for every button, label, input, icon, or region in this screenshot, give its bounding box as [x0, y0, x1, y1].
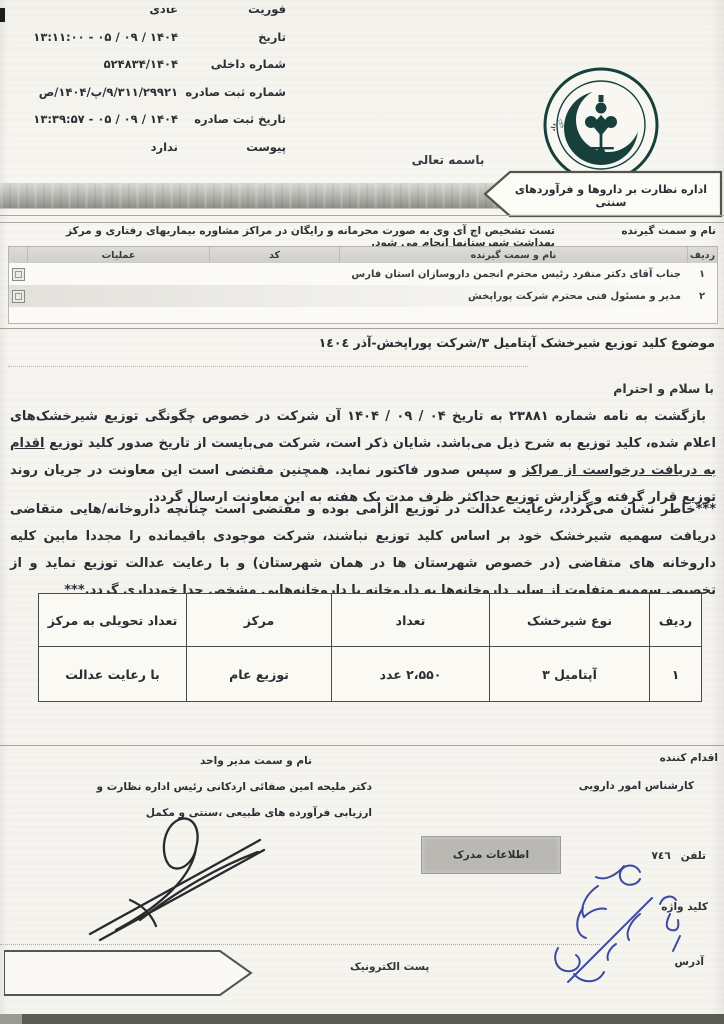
recipient-section-label: نام و سمت گیرنده — [621, 225, 716, 237]
table-row: ۲ مدیر و مسئول فنی محترم شرکت پوراپخش — [9, 285, 717, 307]
internal-number-label: شماره داخلی — [182, 57, 292, 71]
date-label: تاریخ — [182, 30, 292, 44]
col-header-icon-spacer — [9, 247, 27, 263]
recipients-table-header: ردیف نام و سمت گیرنده کد عملیات — [9, 247, 717, 263]
dist-cell-count: ۲،۵۵۰ عدد — [331, 646, 489, 701]
department-banner-label: اداره نظارت بر داروها و فرآوردهای سنتی — [506, 183, 716, 209]
subject-line: موضوع کلید توزیع شیرخشک آپتامیل ۳/شرکت پ… — [15, 335, 715, 350]
recipient-actions-cell — [27, 285, 209, 307]
outgoing-date-value: ۱۴۰۴ / ۰۹ / ۰۵ - ۱۳:۳۹:۵۷ — [0, 112, 182, 126]
actor-label: اقدام کننده — [660, 752, 718, 764]
urgency-label: فوریت — [182, 2, 292, 16]
dist-cell-delivered: با رعایت عدالت — [39, 646, 186, 701]
meta-row-urgency: فوریت عادی — [0, 2, 292, 30]
email-label: پست الکترونیک — [350, 961, 429, 973]
col-header-row-number: ردیف — [687, 247, 717, 263]
scan-edge-strip — [22, 1014, 724, 1024]
dist-header-count: تعداد — [331, 594, 489, 646]
internal-number-value: ۵۲۴۸۳۴/۱۴۰۴ — [0, 57, 182, 71]
actor-role: کارشناس امور دارویی — [579, 780, 694, 792]
signature-ink — [78, 808, 273, 948]
col-header-actions: عملیات — [27, 247, 209, 263]
meta-row-internal-number: شماره داخلی ۵۲۴۸۳۴/۱۴۰۴ — [0, 57, 292, 85]
body-paragraph-2: ***خاطر نشان می‌گردد، رعایت عدالت در توز… — [10, 496, 716, 604]
dist-cell-center: توزیع عام — [186, 646, 331, 701]
dashed-rule — [8, 366, 528, 367]
scanned-letter-page: فوریت عادی تاریخ ۱۴۰۴ / ۰۹ / ۰۵ - ۱۳:۱۱:… — [0, 0, 724, 1024]
handwritten-note-ink — [528, 852, 703, 997]
paragraph-text: بازگشت به نامه شماره ۲۳۸۸۱ به تاریخ ۰۴ /… — [10, 409, 716, 451]
attachment-label: پیوست — [182, 140, 292, 154]
recipient-name: مدیر و مسئول فنی محترم شرکت پوراپخش — [339, 285, 687, 307]
document-info-button-label: اطلاعات مدرک — [453, 849, 529, 861]
urgency-value: عادی — [0, 2, 182, 16]
meta-row-date: تاریخ ۱۴۰۴ / ۰۹ / ۰۵ - ۱۳:۱۱:۰۰ — [0, 30, 292, 58]
outgoing-number-value: ۹/۳۱۱/۲۹۹۲۱/پ/۱۴۰۴/ص — [0, 85, 182, 99]
date-value: ۱۴۰۴ / ۰۹ / ۰۵ - ۱۳:۱۱:۰۰ — [0, 30, 182, 44]
body-paragraph-1: بازگشت به نامه شماره ۲۳۸۸۱ به تاریخ ۰۴ /… — [10, 403, 716, 511]
basmala-text: باسمه تعالی — [388, 153, 508, 167]
row-number: ۱ — [687, 263, 717, 285]
salutation-text: با سلام و احترام — [613, 381, 714, 396]
manager-label: نام و سمت مدیر واحد — [196, 755, 316, 767]
scan-artifact — [0, 8, 5, 22]
recipient-code — [209, 263, 339, 285]
dist-header-center: مرکز — [186, 594, 331, 646]
distribution-table: ردیف نوع شیرخشک تعداد مرکز تعداد تحویلی … — [38, 593, 702, 702]
recipient-name: جناب آقای دکتر منفرد رئیس محترم انجمن دا… — [339, 263, 687, 285]
recipient-actions-cell — [27, 263, 209, 285]
dist-header-delivered: تعداد تحویلی به مرکز — [39, 594, 186, 646]
outgoing-number-label: شماره ثبت صادره — [182, 85, 292, 99]
recipient-code — [209, 285, 339, 307]
document-action-icon[interactable] — [12, 268, 25, 281]
double-rule-under-banner — [0, 215, 724, 223]
dashed-rule — [0, 944, 600, 945]
col-header-recipient-name: نام و سمت گیرنده — [339, 247, 687, 263]
meta-row-attachment: پیوست ندارد — [0, 140, 292, 168]
horizontal-rule — [0, 745, 724, 746]
table-row: ۱ جناب آقای دکتر منفرد رئیس محترم انجمن … — [9, 263, 717, 285]
meta-row-outgoing-number: شماره ثبت صادره ۹/۳۱۱/۲۹۹۲۱/پ/۱۴۰۴/ص — [0, 85, 292, 113]
row-number: ۲ — [687, 285, 717, 307]
dist-header-row-number: ردیف — [649, 594, 701, 646]
attachment-value: ندارد — [0, 140, 182, 154]
recipients-table: ردیف نام و سمت گیرنده کد عملیات ۱ جناب آ… — [8, 246, 718, 324]
scan-edge-strip — [0, 1014, 22, 1024]
address-arrow-shape — [4, 947, 256, 999]
outgoing-date-label: تاریخ ثبت صادره — [182, 112, 292, 126]
department-banner-bar — [0, 183, 548, 208]
dist-header-milk-type: نوع شیرخشک — [489, 594, 649, 646]
letter-meta-fields: فوریت عادی تاریخ ۱۴۰۴ / ۰۹ / ۰۵ - ۱۳:۱۱:… — [0, 2, 292, 167]
col-header-code: کد — [209, 247, 339, 263]
horizontal-rule — [0, 328, 724, 329]
meta-row-outgoing-date: تاریخ ثبت صادره ۱۴۰۴ / ۰۹ / ۰۵ - ۱۳:۳۹:۵… — [0, 112, 292, 140]
document-action-icon[interactable] — [12, 290, 25, 303]
dist-cell-row-number: ۱ — [649, 646, 701, 701]
dist-cell-milk-type: آپتامیل ۳ — [489, 646, 649, 701]
